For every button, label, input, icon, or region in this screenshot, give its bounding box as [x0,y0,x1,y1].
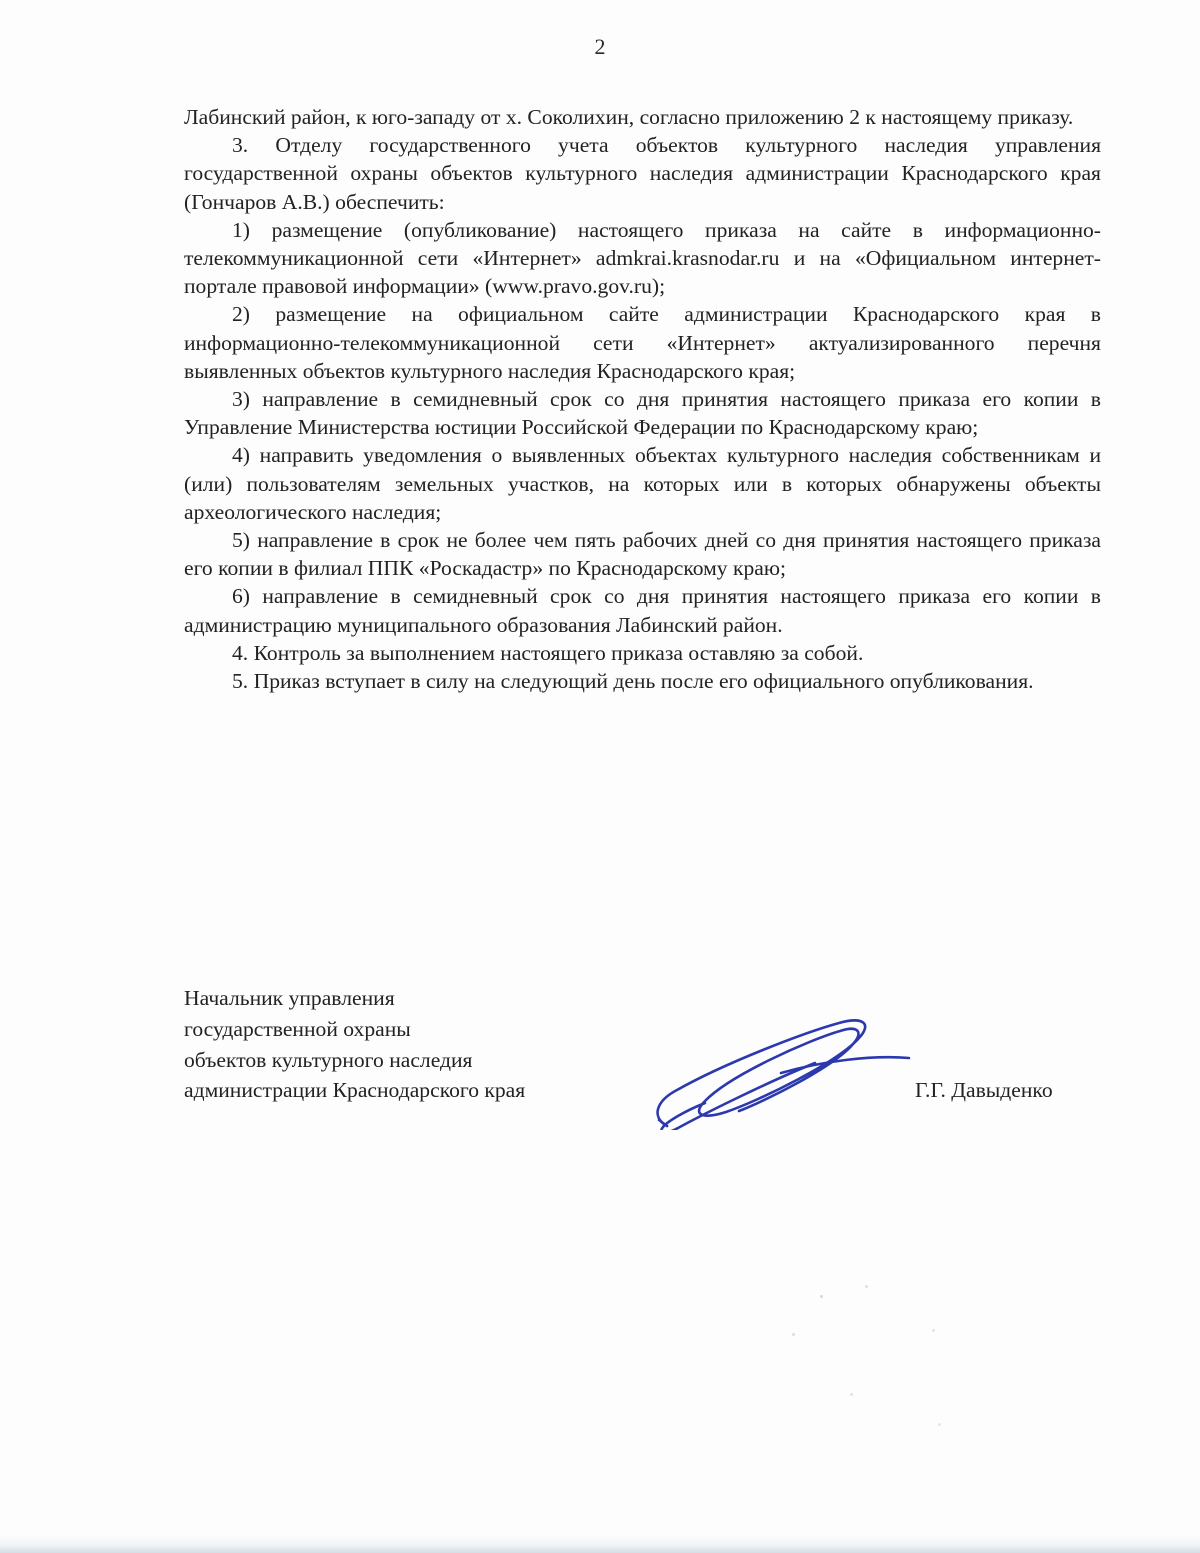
paragraph-item-3: 3. Отделу государственного учета объекто… [184,131,1101,216]
signer-position-line: администрации Краснодарского края [184,1075,664,1106]
paragraph-subitem-5: 5) направление в срок не более чем пять … [184,526,1101,582]
page-number: 2 [0,34,1200,60]
paragraph-continuation: Лабинский район, к юго-западу от х. Соко… [184,103,1101,131]
scan-edge-artifact [0,1535,1200,1553]
paragraph-item-4: 4. Контроль за выполнением настоящего пр… [184,639,1101,667]
document-body: Лабинский район, к юго-западу от х. Соко… [184,103,1101,695]
signer-position-block: Начальник управления государственной охр… [184,983,664,1106]
paragraph-subitem-6: 6) направление в семидневный срок со дня… [184,582,1101,638]
signer-position-line: государственной охраны [184,1014,664,1045]
handwritten-signature [643,1006,915,1130]
paragraph-subitem-3: 3) направление в семидневный срок со дня… [184,385,1101,441]
signer-position-line: Начальник управления [184,983,664,1014]
document-page: 2 Лабинский район, к юго-западу от х. Со… [0,0,1200,1553]
paragraph-subitem-4: 4) направить уведомления о выявленных об… [184,441,1101,526]
paragraph-subitem-1: 1) размещение (опубликование) настоящего… [184,216,1101,301]
signer-position-line: объектов культурного наследия [184,1045,664,1076]
scan-noise-speckles [820,1295,823,1298]
paragraph-item-5: 5. Приказ вступает в силу на следующий д… [184,667,1101,695]
signatory-name: Г.Г. Давыденко [915,1078,1053,1103]
paragraph-subitem-2: 2) размещение на официальном сайте админ… [184,300,1101,385]
